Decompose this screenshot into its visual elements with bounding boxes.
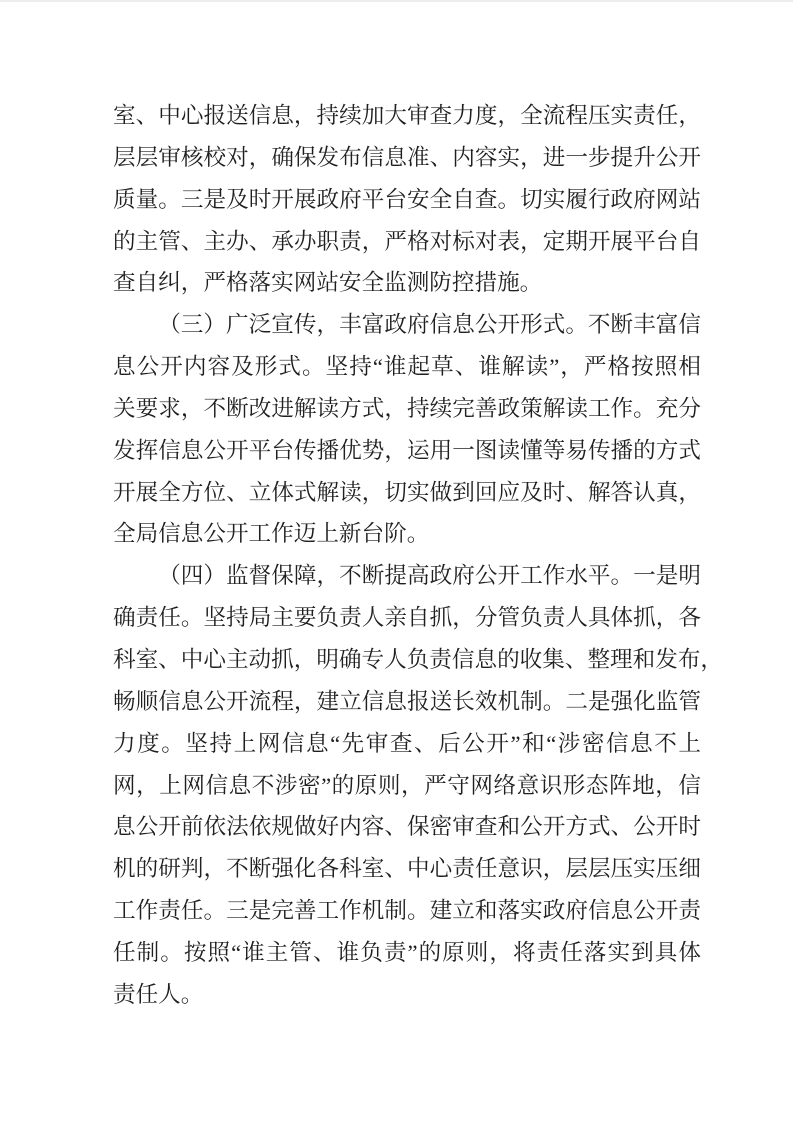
- text-line: 工作责任。三是完善工作机制。建立和落实政府信息公开责: [113, 890, 701, 932]
- text-line: （四）监督保障，不断提高政府公开工作水平。一是明: [113, 555, 701, 597]
- text-line: 质量。三是及时开展政府平台安全自查。切实履行政府网站: [113, 179, 701, 221]
- text-line: 的主管、主办、承办职责，严格对标对表，定期开展平台自: [113, 221, 701, 263]
- text-line: 畅顺信息公开流程，建立信息报送长效机制。二是强化监管: [113, 681, 701, 723]
- text-line: 查自纠，严格落实网站安全监测防控措施。: [113, 262, 701, 304]
- text-line: 确责任。坚持局主要负责人亲自抓，分管负责人具体抓，各: [113, 597, 701, 639]
- text-line: 开展全方位、立体式解读，切实做到回应及时、解答认真，: [113, 472, 701, 514]
- text-line: 力度。坚持上网信息“先审查、后公开”和“涉密信息不上: [113, 723, 701, 765]
- text-line: （三）广泛宣传，丰富政府信息公开形式。不断丰富信: [113, 304, 701, 346]
- text-line: 任制。按照“谁主管、谁负责”的原则，将责任落实到具体: [113, 932, 701, 974]
- text-line: 全局信息公开工作迈上新台阶。: [113, 513, 701, 555]
- text-line: 责任人。: [113, 974, 701, 1016]
- document-page: 室、中心报送信息，持续加大审查力度，全流程压实责任，层层审核校对，确保发布信息准…: [0, 0, 793, 1122]
- text-line: 室、中心报送信息，持续加大审查力度，全流程压实责任，: [113, 95, 701, 137]
- text-line: 息公开前依法依规做好内容、保密审查和公开方式、公开时: [113, 806, 701, 848]
- text-line: 层层审核校对，确保发布信息准、内容实，进一步提升公开: [113, 137, 701, 179]
- text-line: 发挥信息公开平台传播优势，运用一图读懂等易传播的方式: [113, 430, 701, 472]
- document-body: 室、中心报送信息，持续加大审查力度，全流程压实责任，层层审核校对，确保发布信息准…: [113, 95, 701, 1016]
- text-line: 网，上网信息不涉密”的原则，严守网络意识形态阵地，信: [113, 765, 701, 807]
- text-line: 关要求，不断改进解读方式，持续完善政策解读工作。充分: [113, 388, 701, 430]
- text-line: 机的研判，不断强化各科室、中心责任意识，层层压实压细: [113, 848, 701, 890]
- text-line: 息公开内容及形式。坚持“谁起草、谁解读”，严格按照相: [113, 346, 701, 388]
- text-line: 科室、中心主动抓，明确专人负责信息的收集、整理和发布，: [113, 639, 701, 681]
